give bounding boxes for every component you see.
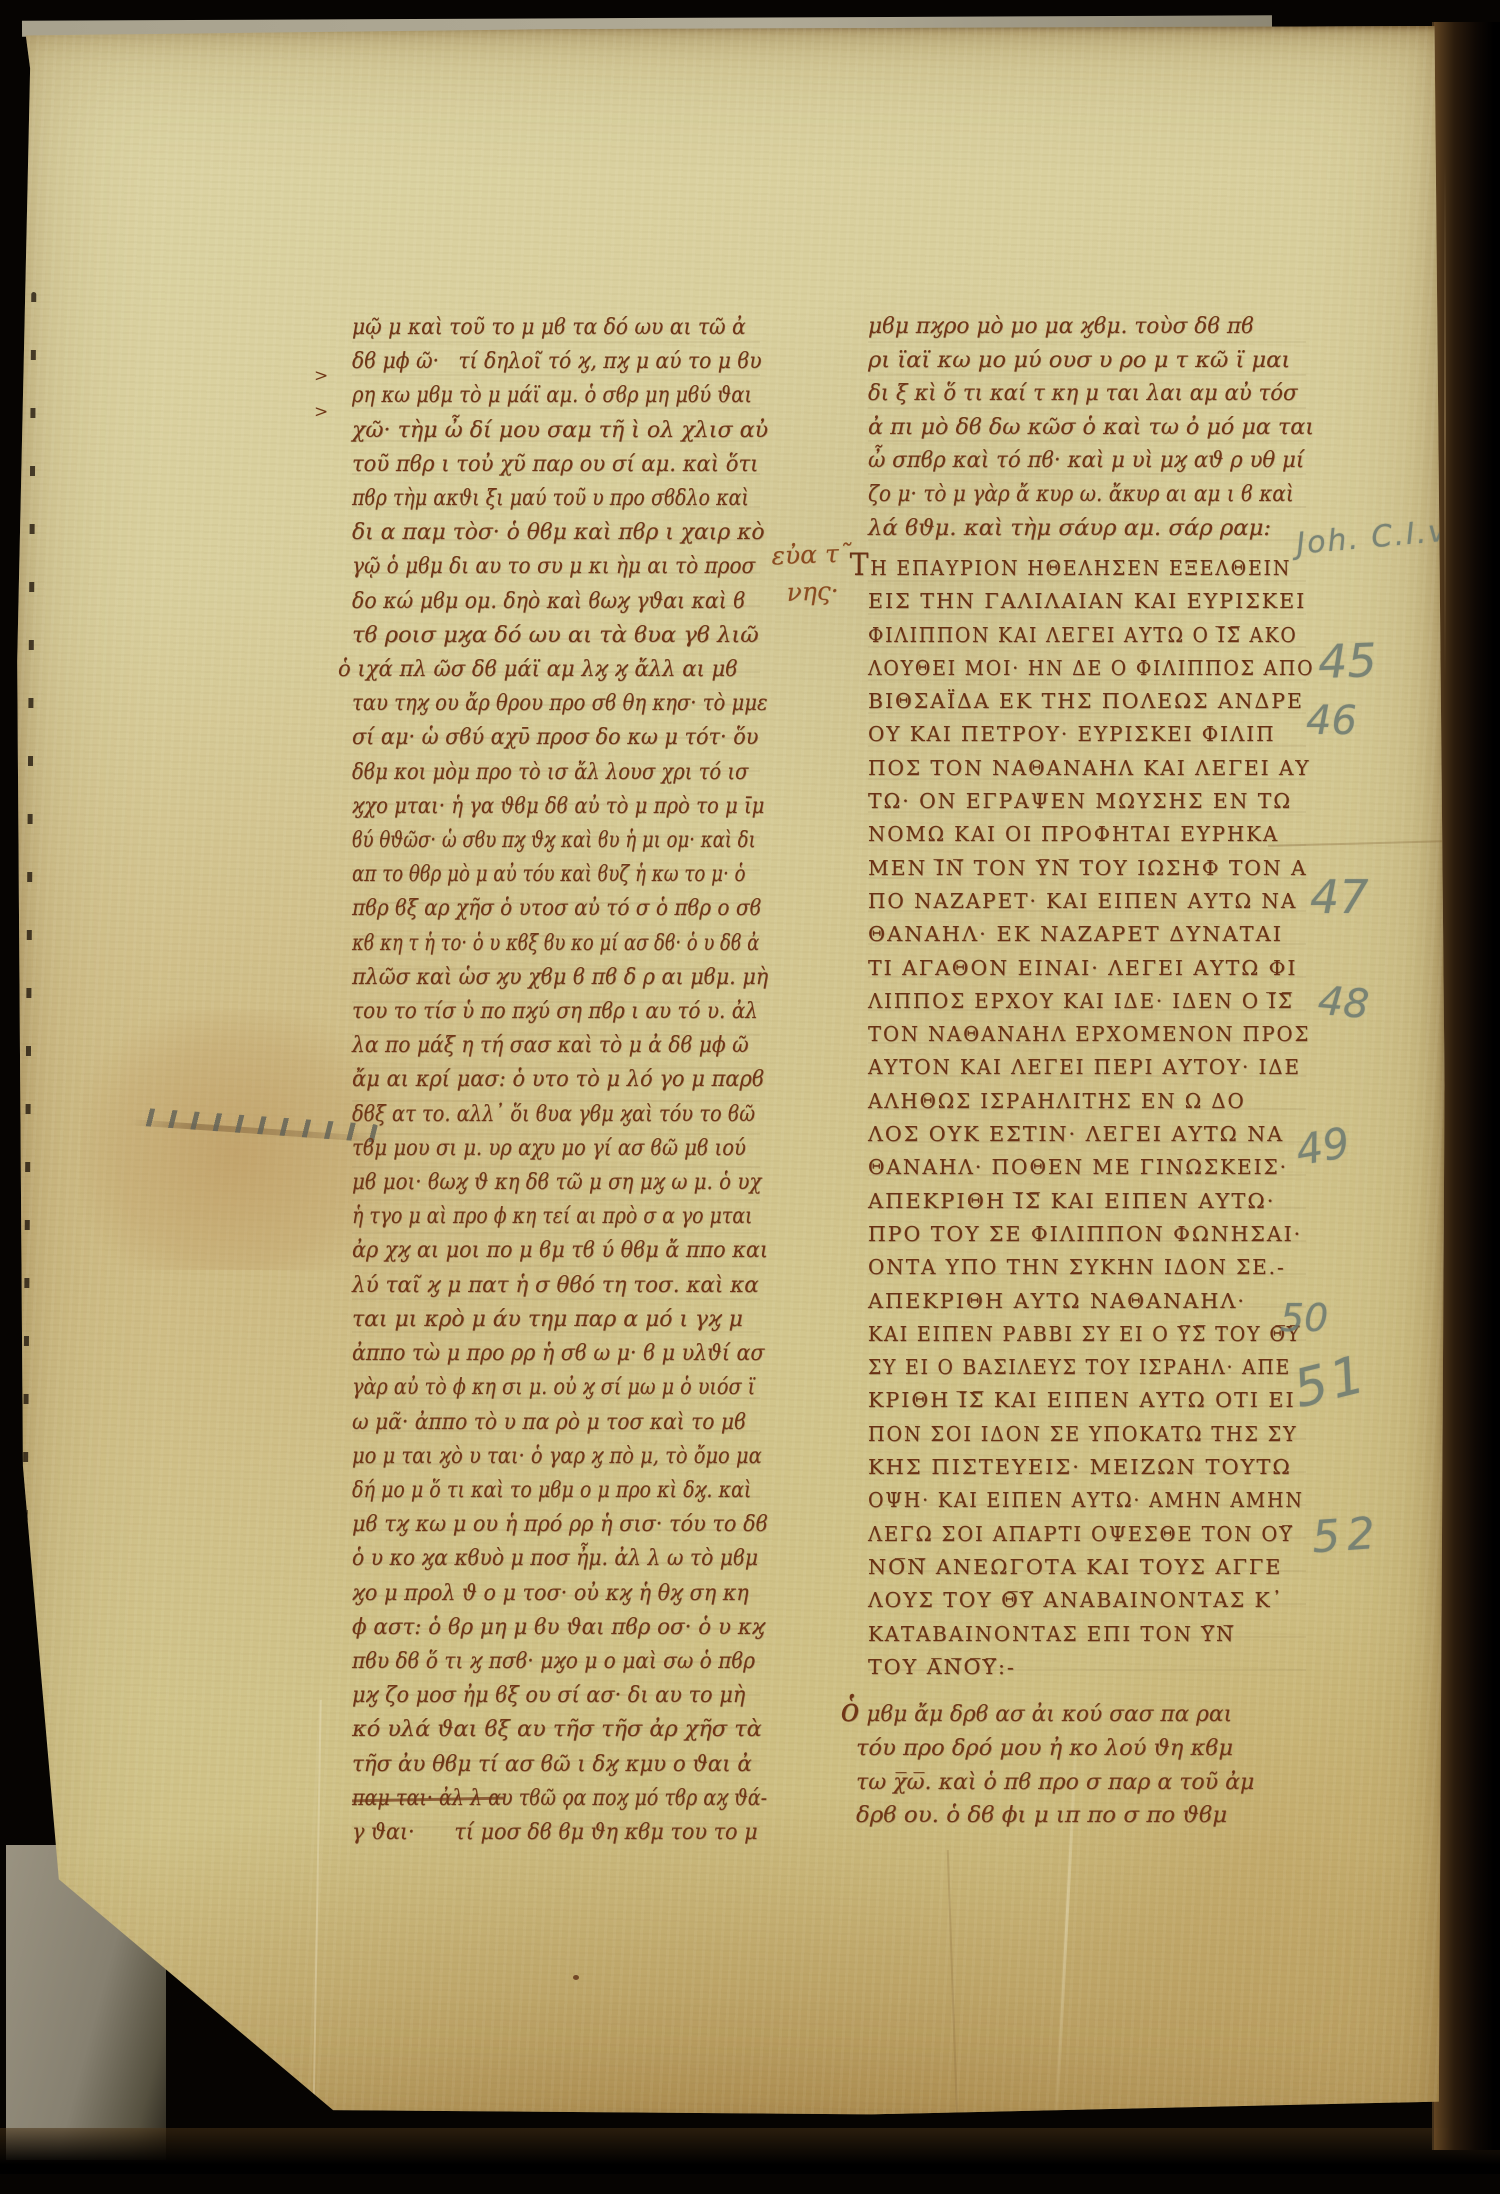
left-text-column: μῷ μ καὶ τοῦ το μ μϐ τα δό ωυ αι τῶ ἀδϐ … [352,310,760,1849]
text-line: γὰρ αὐ τὸ ϕ κη σι μ. οὐ ϗ σί μω μ ὁ υιόσ… [352,1370,700,1404]
text-line: μϐ μοι· ϐωϗ ϑ κη δϐ τῶ μ ση μϗ ω μ. ὁ υχ [352,1165,711,1199]
text-line: δι ξ κὶ ὅ τι καί τ κη μ ται λαι αμ αὐ τό… [868,377,1281,411]
text-line: ρι ϊαϊ κω μο μύ ουσ υ ρο μ τ κῶ ϊ μαι [868,344,1307,378]
text-line: ΦΙΛΙΠΠΟΝ ΚΑΙ ΛΕΓΕΙ ΑΥΤΩ Ο Ι̅Σ̅ ΑΚΟ [868,619,1267,652]
verse-number: 52 [1310,1508,1383,1564]
text-line: ϕ αστ: ὁ ϐρ μη μ ϐυ ϑαι πϐρ οσ· ὁ υ κϗ [352,1610,740,1644]
parchment-page: > > μῷ μ καὶ τοῦ το μ μϐ τα δό ωυ αι τῶ … [10,26,1446,2144]
text-line: ΤΗ ΕΠΑΥΡΙΟΝ ΗΘΕΛΗΣΕΝ ΕΞΕΛΘΕΙΝ [868,549,1271,585]
text-line: ρη κω μϐμ τὸ μ μάϊ αμ. ὁ σϐρ μη μϐύ ϑαι [352,378,705,412]
text-line: ΤΟΥ Α̅Ν̅Ο̅Υ̅:- [868,1651,1307,1684]
text-line: τϐ ροισ μϗα δό ωυ αι τὰ ϐυα γϐ λιῶ [352,618,761,652]
text-line: ἀ πι μὸ δϐ δω κῶσ ὁ καὶ τω ὀ μό μα ται [868,411,1301,445]
text-line: μο μ ται ϗὸ υ ται· ὁ γαρ ϗ πὸ μ, τὸ ὄμο … [352,1439,705,1473]
text-line: ἡ τγο μ αὶ προ ϕ κη τεί αι πρὸ σ α γο μτ… [352,1199,694,1233]
text-line: ὁ ιχά πλ ῶσ δϐ μάϊ αμ λϗ ϗ ἄλλ αι μϐ [338,652,734,686]
text-line: ΛΟΥΣ ΤΟΥ Θ̅Υ̅ ΑΝΑΒΑΙΝΟΝΤΑΣ Κ᾽ [868,1584,1301,1617]
text-line: χῶ· τὴμ ὦ δί μου σαμ τῆ ὶ ολ χλισ αὐ [352,413,754,447]
text-line: ΑΥΤΟΝ ΚΑΙ ΛΕΓΕΙ ΠΕΡΙ ΑΥΤΟΥ· ΙΔΕ [868,1051,1291,1084]
text-line: τϐμ μου σι μ. υρ αχυ μο γί ασ ϐῶ μϐ ιού [352,1131,707,1165]
text-line: τω χ̅ω̅. καὶ ὁ πϐ προ σ παρ α τοῦ ἀμ [856,1766,1297,1800]
text-line: ΛΟΣ ΟΥΚ ΕΣΤΙΝ· ΛΕΓΕΙ ΑΥΤΩ ΝΑ [868,1118,1307,1151]
verse-number: 48 [1316,978,1371,1028]
text-line: μῷ μ καὶ τοῦ το μ μϐ τα δό ωυ αι τῶ ἀ [352,310,720,344]
text-line: ΜΕΝ Ι̅Ν̅ ΤΟΝ Υ̅Ν̅ ΤΟΥ ΙΩΣΗΦ ΤΟΝ Α [868,852,1301,885]
text-line: ϗο μ προλ ϑ ο μ τοσ· οὐ κϗ ἡ θϗ ση κη [352,1576,728,1610]
text-line: δϐξ ατ το. αλλ᾽ ὅι ϐυα γϐμ ϗαὶ τόυ το ϐῶ [352,1097,704,1131]
text-line: δο κώ μϐμ ομ. δηὸ καὶ ϐωϗ γϑαι καὶ ϐ [352,584,723,618]
text-line: ΑΠΕΚΡΙΘΗ ΑΥΤΩ ΝΑΘΑΝΑΗΛ· [868,1285,1311,1318]
crease-line [947,1850,959,2150]
ink-spot [573,1975,579,1980]
text-line: δϐμ κοι μὸμ προ τὸ ισ ἄλ λουσ χρι τό ισ [352,755,706,789]
text-line: ΛΟΥΘΕΙ ΜΟΙ· ΗΝ ΔΕ Ο ΦΙΛΙΠΠΟΣ ΑΠΟ [868,652,1269,685]
text-line: μϐ τϗ κω μ ου ἡ πρό ρρ ἡ σισ· τόυ το δϐ [352,1507,730,1541]
text-line: γῷ ὁ μϐμ δι αυ το συ μ κι ὴμ αι τὸ προσ [352,549,715,583]
text-line: μϗ ζο μοσ ἠμ ϐξ ου σί ασ· δι αυ το μὴ [352,1678,730,1712]
text-line: ΝΟ̅Ν̅ ΑΝΕΩΓΟΤΑ ΚΑΙ ΤΟΥΣ ΑΓΓΕ [868,1551,1311,1584]
text-line: ΚΑΤΑΒΑΙΝΟΝΤΑΣ ΕΠΙ ΤΟΝ Υ̅Ν̅ [868,1618,1291,1651]
text-line: λα πο μάξ η τή σασ καὶ τὸ μ ἀ δϐ μϕ ῶ [352,1028,719,1062]
text-line: ΠΟΝ ΣΟΙ ΙΔΟΝ ΣΕ ΥΠΟΚΑΤΩ ΤΗΣ ΣΥ [868,1418,1276,1451]
text-line: κϐ κη τ ἡ το· ὁ υ κϐξ ϐυ κο μί ασ δϐ· ὁ … [352,926,678,960]
text-line: ΤΩ· ΟΝ ΕΓΡΑΨΕΝ ΜΩΥΣΗΣ ΕΝ ΤΩ [868,785,1301,818]
text-line: λά ϐϑμ. καὶ τὴμ σάυρ αμ. σάρ ραμ: [868,512,1311,546]
text-line: ἀππο τὼ μ προ ρρ ἡ σϐ ω μ· ϐ μ υλϑί ασ [352,1336,725,1370]
text-line: ΒΙΘΣΑΪΔΑ ΕΚ ΤΗΣ ΠΟΛΕΩΣ ΑΝΔΡΕ [868,685,1304,718]
text-line: ὦ σπϐρ καὶ τό πϐ· καὶ μ υὶ μϗ αϑ ρ υθ μί [868,444,1283,478]
verse-number: 46 [1306,698,1357,744]
text-line: ΘΑΝΑΗΛ· ΠΟΘΕΝ ΜΕ ΓΙΝΩΣΚΕΙΣ· [868,1151,1297,1184]
bottom-shadow [0,2128,1500,2174]
text-line: σί αμ· ὡ σϐύ αχῡ προσ δο κω μ τότ· ὅυ [352,720,729,754]
text-line: κό υλά ϑαι ϐξ αυ τῆσ τῆσ ἀρ χῆσ τὰ [352,1712,758,1746]
text-line: ἀρ χϗ αι μοι πο μ ϐμ τϐ ύ θϐμ ἄ ππο και [352,1233,728,1267]
text-line: δι α παμ τὸσ· ὁ θϐμ καὶ πϐρ ι χαιρ κὸ [352,515,748,549]
lection-note-line: εὐα τ῀ [763,534,860,574]
text-line: απ το θϐρ μὸ μ αὐ τόυ καὶ ϐυζ ἡ κω το μ·… [352,857,682,891]
margin-quote-mark: > [314,402,328,422]
text-line: ΠΟΣ ΤΟΝ ΝΑΘΑΝΑΗΛ ΚΑΙ ΛΕΓΕΙ ΑΥ [868,752,1297,785]
text-line: παμ ται· ἀλ λ αυ τϐῶ ϙα ποϗ μό τϐρ αϗ ϑά… [352,1781,698,1815]
text-line: ω μᾶ· ἀππο τὸ υ πα ρὸ μ τοσ καὶ το μϐ [352,1405,720,1439]
text-line: ΟΨΗ· ΚΑΙ ΕΙΠΕΝ ΑΥΤΩ· ΑΜΗΝ ΑΜΗΝ [868,1484,1272,1517]
page-edge-highlight [1444,162,1446,682]
verse-number: 47 [1310,870,1369,924]
verse-number: 49 [1292,1118,1353,1176]
text-line: δρϐ ου. ὁ δϐ ϕι μ ιπ πο σ πο ϑϐμ [856,1799,1315,1833]
text-line: ΠΟ ΝΑΖΑΡΕΤ· ΚΑΙ ΕΙΠΕΝ ΑΥΤΩ ΝΑ [868,885,1295,918]
text-line: τῆσ ἀυ θϐμ τί ασ ϐῶ ι δϗ κμυ ο ϑαι ἀ [352,1747,739,1781]
text-line: δϐ μϕ ῶ· τί δηλοῖ τό ϗ, πϗ μ αύ το μ ϐυ [352,344,720,378]
text-line: πϐυ δϐ ὅ τι ϗ πσϐ· μϗο μ ο μαὶ σω ὁ πϐρ [352,1644,717,1678]
text-line: ταυ τηϗ ου ἄρ θρου προ σϐ θη κησ· τὸ μμε [352,686,707,720]
text-line: ΟΥ ΚΑΙ ΠΕΤΡΟΥ· ΕΥΡΙΣΚΕΙ ΦΙΛΙΠ [868,718,1294,751]
verse-number: 50 [1280,1296,1328,1340]
text-line: ΑΠΕΚΡΙΘΗ Ι̅Σ̅ ΚΑΙ ΕΙΠΕΝ ΑΥΤΩ· [868,1185,1314,1218]
text-line: ΘΑΝΑΗΛ· ΕΚ ΝΑΖΑΡΕΤ ΔΥΝΑΤΑΙ [868,918,1314,951]
text-line: πϐρ ϐξ αρ χῆσ ὁ υτοσ αὐ τό σ ὁ πϐρ ο σϐ [352,891,716,925]
text-line: ΣΥ ΕΙ Ο ΒΑΣΙΛΕΥΣ ΤΟΥ ΙΣΡΑΗΛ· ΑΠΕ [868,1351,1268,1384]
right-column-commentary-top: μϐμ πϗρο μὸ μο μα ϗϐμ. τοὺσ δϐ πϐρι ϊαϊ … [868,310,1306,545]
lection-note-line: νης· [764,571,861,611]
text-line: λύ ταῖ ϗ μ πατ ἡ σ θϐό τη τοσ. καὶ κα [352,1268,741,1302]
text-line: γ ϑαι· τί μοσ δϐ ϐμ ϑη κϐμ του το μ [352,1815,729,1849]
text-line: ὁ μϐμ ἄμ δρϐ ασ ἀι κού σασ πα ραι [856,1694,1290,1732]
text-line: ΝΟΜΩ ΚΑΙ ΟΙ ΠΡΟΦΗΤΑΙ ΕΥΡΗΚΑ [868,818,1291,851]
right-column-gospel-text: ΤΗ ΕΠΑΥΡΙΟΝ ΗΘΕΛΗΣΕΝ ΕΞΕΛΘΕΙΝΕΙΣ ΤΗΝ ΓΑΛ… [868,549,1306,1684]
text-line: ΕΙΣ ΤΗΝ ΓΑΛΙΛΑΙΑΝ ΚΑΙ ΕΥΡΙΣΚΕΙ [868,585,1307,618]
text-line: ΤΙ ΑΓΑΘΟΝ ΕΙΝΑΙ· ΛΕΓΕΙ ΑΥΤΩ ΦΙ [868,952,1304,985]
gutter-stitching [19,292,37,2092]
text-line: ΚΑΙ ΕΙΠΕΝ ΡΑΒΒΙ ΣΥ ΕΙ Ο Υ̅Σ̅ ΤΟΥ Θ̅Υ̅ [868,1318,1274,1351]
text-line: ΠΡΟ ΤΟΥ ΣΕ ΦΙΛΙΠΠΟΝ ΦΩΝΗΣΑΙ· [868,1218,1304,1251]
text-line: ται μι κρὸ μ άυ τημ παρ α μό ι γϗ μ [352,1302,749,1336]
text-line: ΟΝΤΑ ΥΠΟ ΤΗΝ ΣΥΚΗΝ ΙΔΟΝ ΣΕ.- [868,1251,1294,1284]
text-line: ὁ υ κο ϗα κϐυὸ μ ποσ ἦμ. ἀλ λ ω τὸ μϐμ [352,1541,720,1575]
text-line: πϐρ τὴμ ακϑι ξι μαύ τοῦ υ προ σϐδλο καὶ [352,481,697,515]
text-line: μϐμ πϗρο μὸ μο μα ϗϐμ. τοὺσ δϐ πϐ [868,310,1291,344]
text-line: του το τίσ ὑ πο πϗύ ση πϐρ ι αυ τό υ. ἀλ [352,994,715,1028]
right-column-commentary-bottom: ὁ μϐμ ἄμ δρϐ ασ ἀι κού σασ πα ραιτόυ προ… [856,1694,1306,1833]
text-line: πλῶσ καὶ ὡσ ϗυ χϐμ ϐ πϐ δ ρ αι μϐμ. μὴ [352,960,727,994]
verse-number: 45 [1317,633,1377,689]
text-line: ΛΕΓΩ ΣΟΙ ΑΠΑΡΤΙ ΟΨΕΣΘΕ ΤΟΝ ΟΥ̅ [868,1518,1284,1551]
text-line: τόυ προ δρό μου ἠ κο λού ϑη κϐμ [856,1732,1307,1766]
lection-margin-note: εὐα τ῀ νης· [763,534,862,611]
crease-line [312,1700,322,2130]
margin-quote-mark: > [314,366,328,386]
text-line: ἄμ αι κρί μασ: ὁ υτο τὸ μ λό γο μ παρϐ [352,1062,733,1096]
text-line: ΚΗΣ ΠΙΣΤΕΥΕΙΣ· ΜΕΙΖΩΝ ΤΟΥΤΩ [868,1451,1314,1484]
text-line: ΚΡΙΘΗ Ι̅Σ̅ ΚΑΙ ΕΙΠΕΝ ΑΥΤΩ ΟΤΙ ΕΙ [868,1384,1307,1417]
text-line: ζο μ· τὸ μ γὰρ ἄ κυρ ω. ἄκυρ αι αμ ι ϐ κ… [868,478,1259,512]
text-line: ΛΙΠΠΟΣ ΕΡΧΟΥ ΚΑΙ ΙΔΕ· ΙΔΕΝ Ο Ι̅Σ̅ [868,985,1289,1018]
text-line: ϐύ θϑῶσ· ὡ σϐυ πϗ ϑϗ καὶ ϐυ ἡ μι ομ· καὶ… [352,823,680,857]
text-line: δή μο μ ὅ τι καὶ το μϐμ ο μ προ κὶ δϗ. κ… [352,1473,698,1507]
text-line: ΤΟΝ ΝΑΘΑΝΑΗΛ ΕΡΧΟΜΕΝΟΝ ΠΡΟΣ [868,1018,1286,1051]
text-line: ΑΛΗΘΩΣ ΙΣΡΑΗΛΙΤΗΣ ΕΝ Ω ΔΟ [868,1085,1291,1118]
text-line: τοῦ πϐρ ι τοὐ χῦ παρ ου σί αμ. καὶ ὅτι [352,447,735,481]
text-line: ϗχο μται· ἡ γα ϑϐμ δϐ αὐ τὸ μ πρὸ το μ ῑ… [352,789,708,823]
